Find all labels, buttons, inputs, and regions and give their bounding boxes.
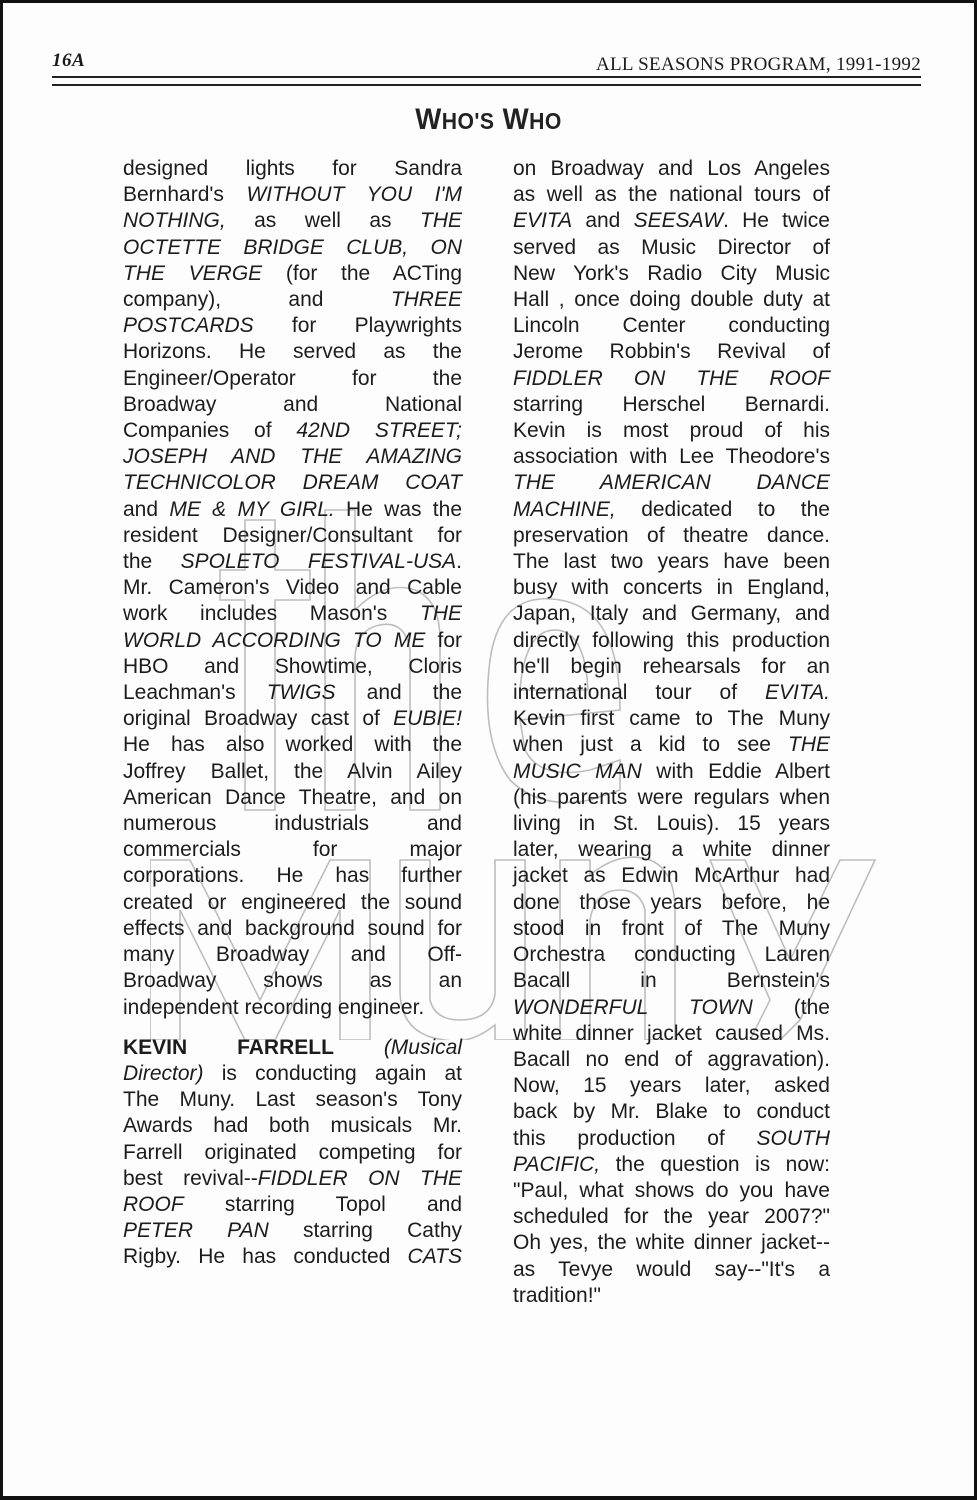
- text-line: he'll begin rehearsals for an: [513, 654, 830, 680]
- text-line: OCTETTE BRIDGE CLUB, ON: [123, 235, 462, 261]
- text-line: THE VERGE (for the ACTing: [123, 261, 462, 287]
- text-line: work includes Mason's THE: [123, 601, 462, 627]
- left-column: designed lights for SandraBernhard's WIT…: [123, 156, 462, 1271]
- text-line: starring Herschel Bernardi.: [513, 392, 830, 418]
- text-line: tradition!": [513, 1283, 830, 1309]
- title-smallcaps: HO'S: [442, 108, 495, 134]
- text-line: THE AMERICAN DANCE: [513, 470, 830, 496]
- text-line: The last two years have been: [513, 549, 830, 575]
- text-line: KEVIN FARRELL (Musical: [123, 1035, 462, 1061]
- text-line: living in St. Louis). 15 years: [513, 811, 830, 837]
- bio-paragraph-kevin-farrell: KEVIN FARRELL (MusicalDirector) is condu…: [123, 1035, 462, 1271]
- text-line: back by Mr. Blake to conduct: [513, 1099, 830, 1125]
- text-line: best revival--FIDDLER ON THE: [123, 1166, 462, 1192]
- title-initial: W: [415, 103, 442, 136]
- text-line: "Paul, what shows do you have: [513, 1178, 830, 1204]
- text-line: Bacall no end of aggravation).: [513, 1047, 830, 1073]
- text-line: Leachman's TWIGS and the: [123, 680, 462, 706]
- header-rule-bottom: [52, 84, 921, 86]
- text-line: WORLD ACCORDING TO ME for: [123, 628, 462, 654]
- text-line: Orchestra conducting Lauren: [513, 942, 830, 968]
- text-line: Broadway and National: [123, 392, 462, 418]
- text-line: served as Music Director of: [513, 235, 830, 261]
- text-line: Director) is conducting again at: [123, 1061, 462, 1087]
- text-line: Companies of 42ND STREET;: [123, 418, 462, 444]
- text-line: Jerome Robbin's Revival of: [513, 339, 830, 365]
- text-line: this production of SOUTH: [513, 1126, 830, 1152]
- right-column: on Broadway and Los Angelesas well as th…: [513, 156, 830, 1309]
- text-line: The Muny. Last season's Tony: [123, 1087, 462, 1113]
- text-line: independent recording engineer.: [123, 995, 462, 1021]
- text-line: Broadway shows as an: [123, 968, 462, 994]
- text-line: Rigby. He has conducted CATS: [123, 1244, 462, 1270]
- page-title: WHO'S WHO: [39, 103, 938, 137]
- text-line: FIDDLER ON THE ROOF: [513, 366, 830, 392]
- title-smallcaps: HO: [529, 108, 562, 134]
- text-line: MACHINE, dedicated to the: [513, 497, 830, 523]
- bio-paragraph-continued: designed lights for SandraBernhard's WIT…: [123, 156, 462, 1021]
- header-rule-top: [52, 76, 921, 78]
- text-line: Bernhard's WITHOUT YOU I'M: [123, 182, 462, 208]
- text-line: when just a kid to see THE: [513, 732, 830, 758]
- text-line: corporations. He has further: [123, 863, 462, 889]
- text-line: on Broadway and Los Angeles: [513, 156, 830, 182]
- text-line: Joffrey Ballet, the Alvin Ailey: [123, 759, 462, 785]
- text-line: as well as the national tours of: [513, 182, 830, 208]
- text-line: international tour of EVITA.: [513, 680, 830, 706]
- text-line: MUSIC MAN with Eddie Albert: [513, 759, 830, 785]
- text-line: JOSEPH AND THE AMAZING: [123, 444, 462, 470]
- text-line: Now, 15 years later, asked: [513, 1073, 830, 1099]
- text-line: numerous industrials and: [123, 811, 462, 837]
- text-line: Oh yes, the white dinner jacket--: [513, 1230, 830, 1256]
- text-line: Engineer/Operator for the: [123, 366, 462, 392]
- text-line: company), and THREE: [123, 287, 462, 313]
- text-line: He has also worked with the: [123, 732, 462, 758]
- text-line: and ME & MY GIRL. He was the: [123, 497, 462, 523]
- text-line: EVITA and SEESAW. He twice: [513, 208, 830, 234]
- text-line: Kevin is most proud of his: [513, 418, 830, 444]
- text-line: Kevin first came to The Muny: [513, 706, 830, 732]
- text-line: NOTHING, as well as THE: [123, 208, 462, 234]
- text-line: done those years before, he: [513, 890, 830, 916]
- text-line: TECHNICOLOR DREAM COAT: [123, 470, 462, 496]
- text-line: PETER PAN starring Cathy: [123, 1218, 462, 1244]
- text-line: POSTCARDS for Playwrights: [123, 313, 462, 339]
- text-line: New York's Radio City Music: [513, 261, 830, 287]
- text-line: resident Designer/Consultant for: [123, 523, 462, 549]
- text-line: designed lights for Sandra: [123, 156, 462, 182]
- text-line: Horizons. He served as the: [123, 339, 462, 365]
- text-line: Mr. Cameron's Video and Cable: [123, 575, 462, 601]
- text-line: jacket as Edwin McArthur had: [513, 863, 830, 889]
- text-line: Awards had both musicals Mr.: [123, 1113, 462, 1139]
- text-line: ROOF starring Topol and: [123, 1192, 462, 1218]
- text-line: PACIFIC, the question is now:: [513, 1152, 830, 1178]
- text-line: Japan, Italy and Germany, and: [513, 601, 830, 627]
- text-line: Farrell originated competing for: [123, 1140, 462, 1166]
- text-line: stood in front of The Muny: [513, 916, 830, 942]
- running-head: ALL SEASONS PROGRAM, 1991-1992: [596, 54, 921, 76]
- text-line: later, wearing a white dinner: [513, 837, 830, 863]
- text-line: effects and background sound for: [123, 916, 462, 942]
- text-line: busy with concerts in England,: [513, 575, 830, 601]
- text-line: the SPOLETO FESTIVAL-USA.: [123, 549, 462, 575]
- text-line: Hall , once doing double duty at: [513, 287, 830, 313]
- text-line: commercials for major: [123, 837, 462, 863]
- text-line: American Dance Theatre, and on: [123, 785, 462, 811]
- title-initial: W: [503, 103, 530, 136]
- text-line: as Tevye would say--"It's a: [513, 1257, 830, 1283]
- text-line: directly following this production: [513, 628, 830, 654]
- text-line: Bacall in Bernstein's: [513, 968, 830, 994]
- text-line: WONDERFUL TOWN (the: [513, 995, 830, 1021]
- text-line: white dinner jacket caused Ms.: [513, 1021, 830, 1047]
- text-line: created or engineered the sound: [123, 890, 462, 916]
- text-line: preservation of theatre dance.: [513, 523, 830, 549]
- page-number: 16A: [52, 50, 85, 72]
- text-line: original Broadway cast of EUBIE!: [123, 706, 462, 732]
- text-line: Lincoln Center conducting: [513, 313, 830, 339]
- text-line: many Broadway and Off-: [123, 942, 462, 968]
- text-line: scheduled for the year 2007?": [513, 1204, 830, 1230]
- text-line: association with Lee Theodore's: [513, 444, 830, 470]
- text-line: (his parents were regulars when: [513, 785, 830, 811]
- bio-paragraph-kevin-farrell-continued: on Broadway and Los Angelesas well as th…: [513, 156, 830, 1309]
- text-line: HBO and Showtime, Cloris: [123, 654, 462, 680]
